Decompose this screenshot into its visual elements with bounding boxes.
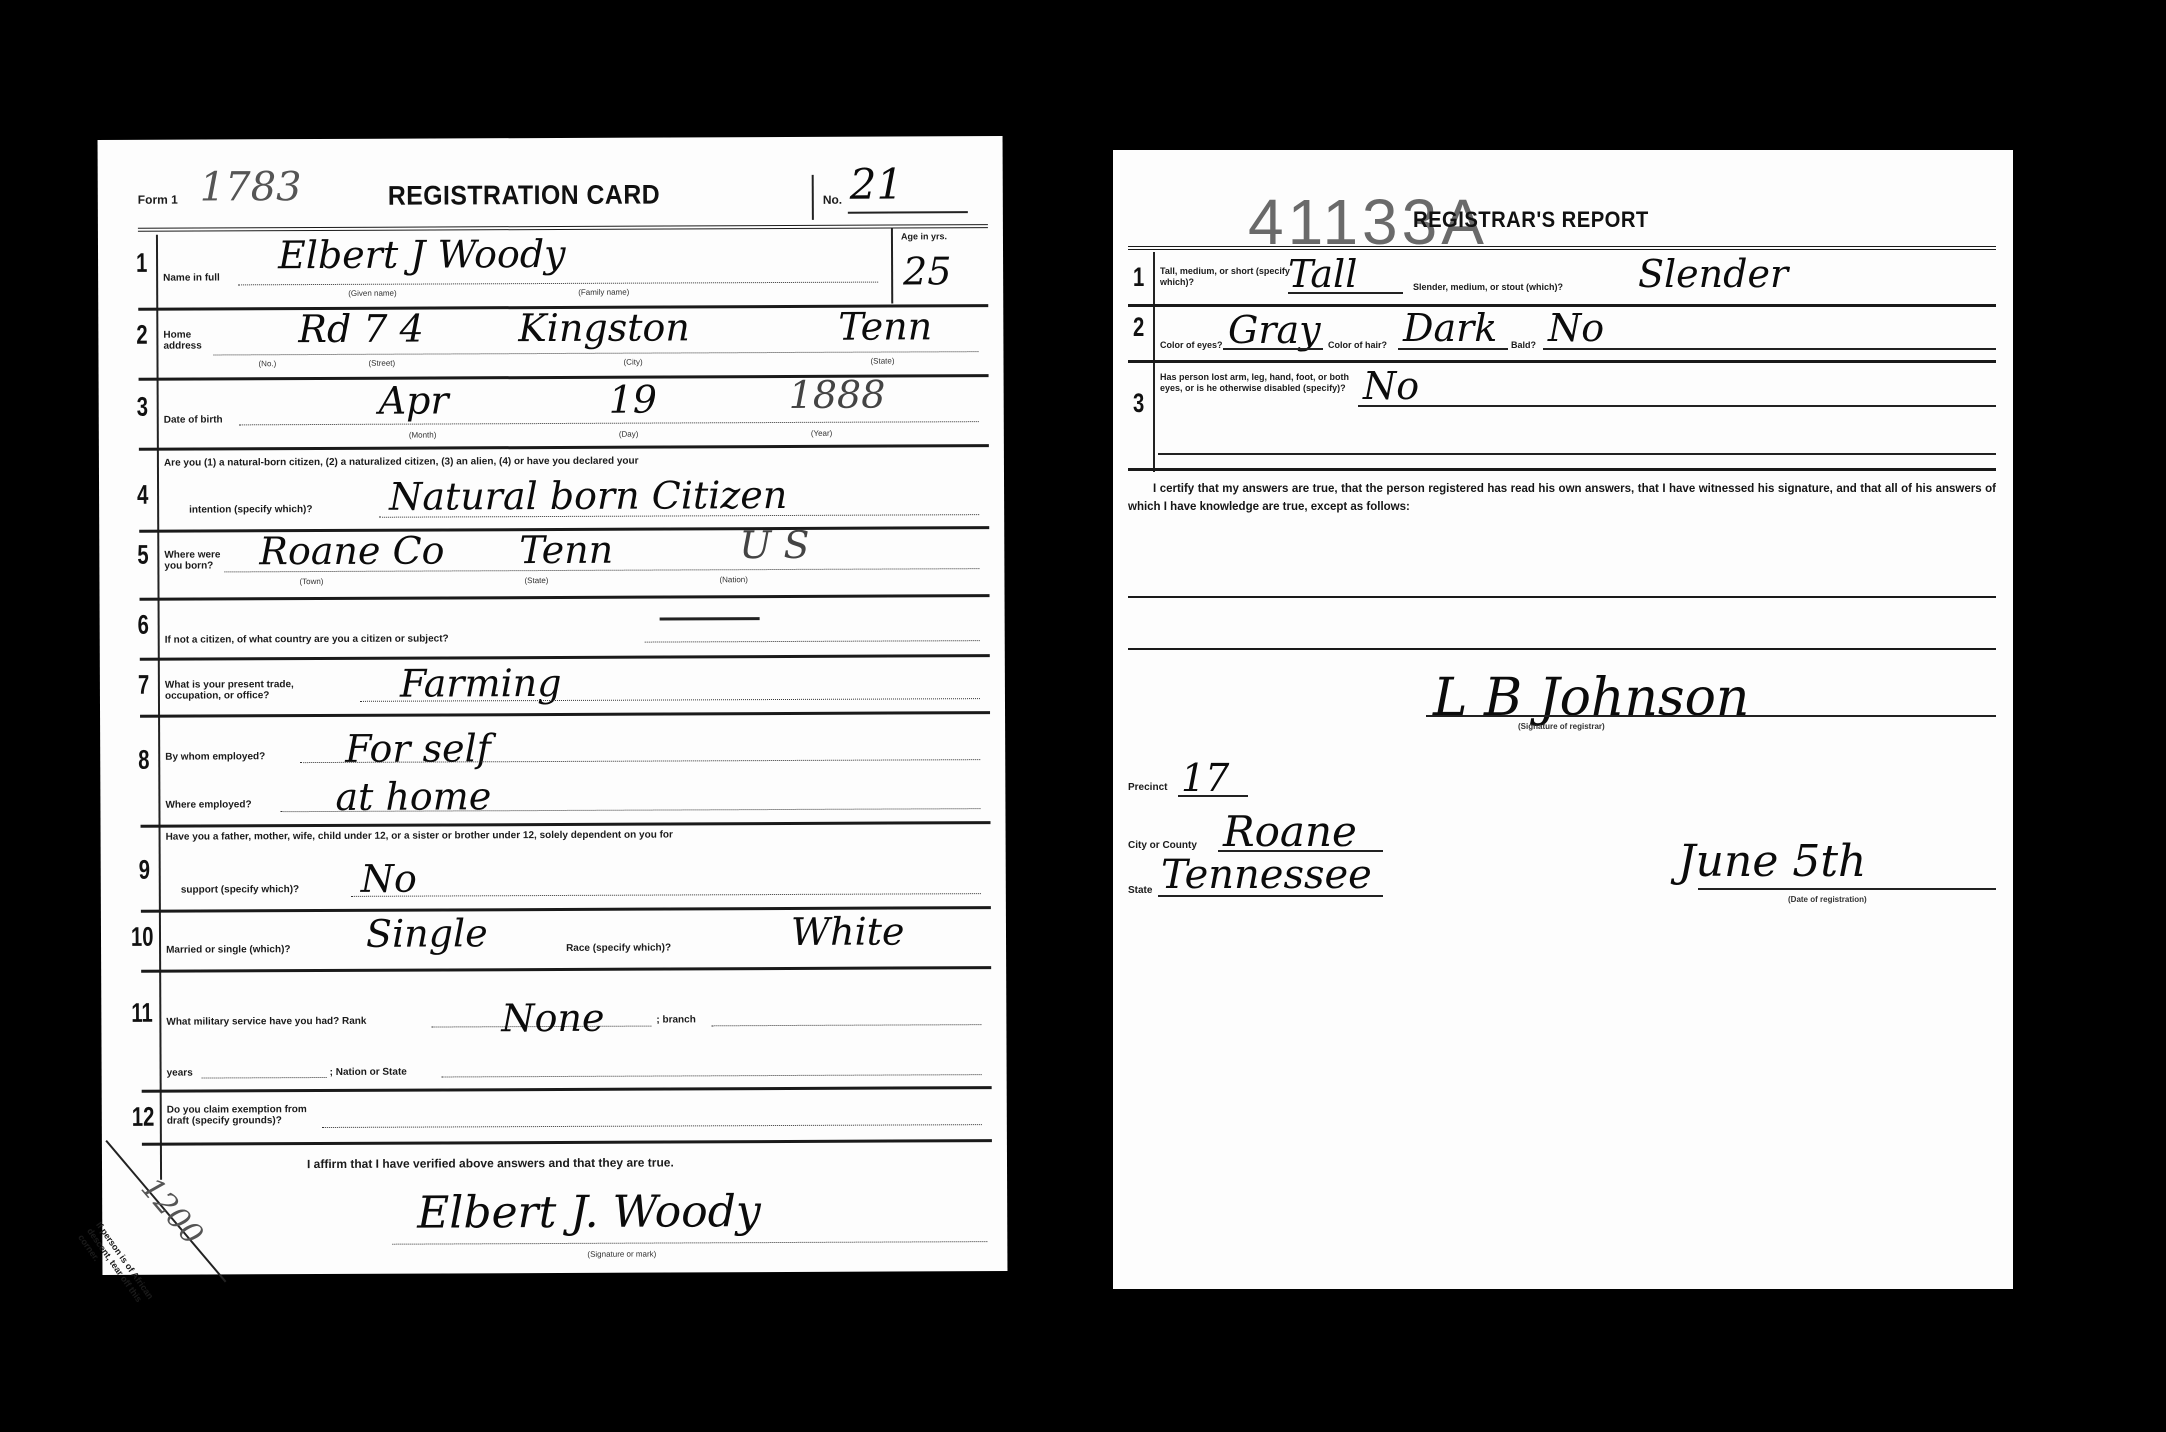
disability-value: No	[1363, 366, 1419, 406]
dependents-value: No	[361, 859, 417, 899]
form-label: Form 1	[138, 195, 178, 206]
bald-value: No	[1548, 308, 1604, 348]
hair-color-value: Dark	[1403, 308, 1497, 348]
age-header: Age in yrs.	[901, 231, 947, 242]
citizenship-value: Natural born Citizen	[389, 475, 787, 517]
no-label: No.	[823, 195, 842, 206]
county-value: Roane	[1223, 812, 1357, 852]
corner-note: If person is of African descent, tear of…	[75, 1220, 171, 1337]
race-value: White	[791, 911, 905, 951]
registrant-signature: Elbert J. Woody	[417, 1192, 761, 1233]
registrars-report-card: 41133A REGISTRAR'S REPORT 1 Tall, medium…	[1113, 150, 2013, 1289]
birth-month: Apr	[379, 380, 449, 420]
row-number-divider	[156, 235, 162, 1180]
serial-number: 21	[850, 164, 904, 204]
certification-text: I certify that my answers are true, that…	[1128, 480, 1996, 516]
eye-color-value: Gray	[1228, 310, 1321, 350]
form-number: 1783	[200, 167, 302, 207]
affirmation-text: I affirm that I have verified above answ…	[307, 1157, 674, 1170]
registration-card: Form 1 1783 REGISTRATION CARD No. 21 1 N…	[98, 136, 1008, 1275]
military-service-value: None	[501, 998, 604, 1038]
precinct-value: 17	[1181, 758, 1229, 798]
occupation-value: Farming	[400, 663, 562, 704]
registrar-signature: L B Johnson	[1433, 668, 1749, 728]
card-title: REGISTRAR'S REPORT	[1413, 207, 1649, 233]
birth-year: 1888	[789, 375, 886, 415]
divider	[812, 175, 814, 220]
registration-date: June 5th	[1678, 842, 1866, 882]
card-title: REGISTRATION CARD	[388, 180, 660, 212]
name-value: Elbert J Woody	[278, 234, 566, 275]
marital-status-value: Single	[366, 913, 488, 954]
height-value: Tall	[1288, 254, 1357, 294]
build-value: Slender	[1638, 254, 1788, 294]
age-value: 25	[903, 251, 952, 291]
birth-day: 19	[609, 380, 658, 420]
state-value: Tennessee	[1161, 855, 1372, 895]
